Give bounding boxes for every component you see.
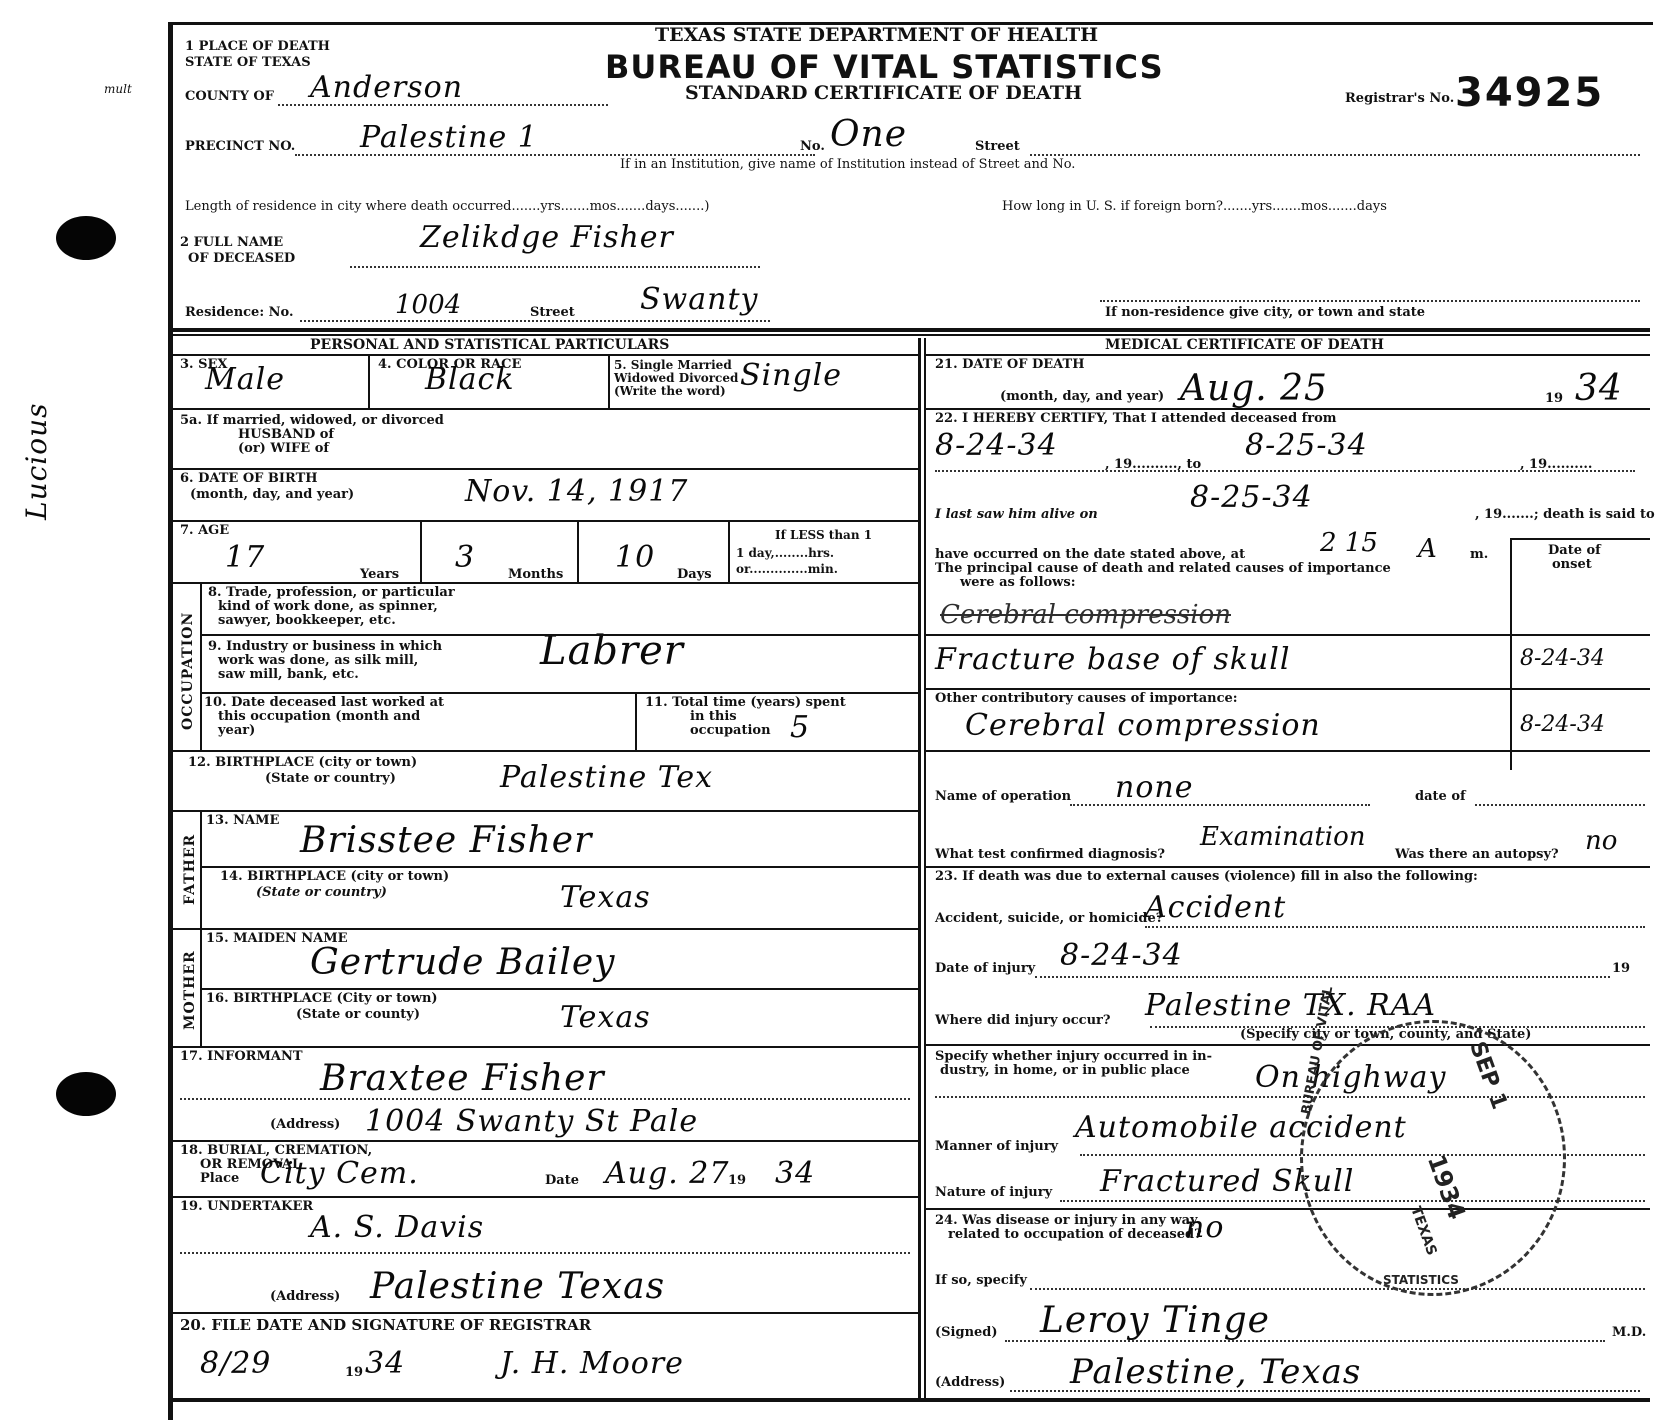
registrar-signature: J. H. Moore <box>500 1346 684 1381</box>
occurred-time: 2 15 <box>1320 528 1378 558</box>
external-label: 23. If death was due to external causes … <box>935 870 1478 884</box>
full-name-label-1: 2 FULL NAME <box>180 236 283 250</box>
birthplace-value: Palestine Tex <box>500 760 713 795</box>
last-worked-label-3: year) <box>218 724 255 738</box>
specify-label-2: dustry, in home, or in public place <box>940 1064 1190 1078</box>
years-label: Years <box>360 568 399 582</box>
total-time-value: 5 <box>790 710 810 745</box>
file-date-value: 8/29 <box>200 1346 271 1381</box>
stamp-text-5: TEXAS <box>1407 1204 1439 1257</box>
last-saw-value: 8-25-34 <box>1190 480 1313 515</box>
street-label: Street <box>975 140 1020 154</box>
certify-label: 22. I HEREBY CERTIFY, That I attended de… <box>935 412 1337 426</box>
certificate-title: STANDARD CERTIFICATE OF DEATH <box>685 86 1082 100</box>
institution-note: If in an Institution, give name of Insti… <box>620 158 1075 172</box>
burial-place-value: City Cem. <box>260 1156 419 1191</box>
injury-where-label: Where did injury occur? <box>935 1014 1111 1028</box>
injury-19: 19 <box>1612 962 1630 976</box>
attended-to: 8-25-34 <box>1245 428 1368 463</box>
last-saw-label: I last saw him alive on <box>935 508 1098 522</box>
occurred-label: have occurred on the date stated above, … <box>935 548 1245 562</box>
injury-where-value: Palestine TX. RAA <box>1145 988 1436 1023</box>
father-name-label: 13. NAME <box>206 814 279 828</box>
age-label: 7. AGE <box>180 524 229 538</box>
attended-from: 8-24-34 <box>935 428 1058 463</box>
birthplace-label-2: (State or country) <box>265 772 396 786</box>
industry-label-3: saw mill, bank, etc. <box>218 668 359 682</box>
occupation-side-label: OCCUPATION <box>180 612 196 730</box>
total-time-label-1: 11. Total time (years) spent <box>645 696 846 710</box>
burial-label-3: Place <box>200 1172 239 1186</box>
residence-no: 1004 <box>395 290 461 320</box>
mother-birthplace-label-1: 16. BIRTHPLACE (City or town) <box>206 992 438 1006</box>
injury-date-label: Date of injury <box>935 962 1035 976</box>
undertaker-address-label: (Address) <box>270 1290 340 1304</box>
precinct-label: PRECINCT NO. <box>185 140 295 154</box>
county-value: Anderson <box>310 70 463 105</box>
marital-label-3: (Write the word) <box>614 384 726 398</box>
last-worked-label-1: 10. Date deceased last worked at <box>204 696 444 710</box>
stamp-text-4: 1934 <box>1422 1151 1471 1223</box>
personal-section-title: PERSONAL AND STATISTICAL PARTICULARS <box>310 338 669 352</box>
autopsy-value: no <box>1585 826 1617 856</box>
days-label: Days <box>677 568 712 582</box>
address-value: Palestine, Texas <box>1070 1352 1361 1392</box>
age-years: 17 <box>225 540 265 575</box>
nature-label: Nature of injury <box>935 1186 1052 1200</box>
birthplace-label-1: 12. BIRTHPLACE (city or town) <box>188 756 417 770</box>
father-name-value: Brisstee Fisher <box>300 820 592 861</box>
total-time-label-3: occupation <box>690 724 771 738</box>
color-value: Black <box>425 362 515 397</box>
occupational-label-2: related to occupation of deceased? <box>948 1228 1202 1242</box>
onset-header-1: Date of <box>1548 544 1601 558</box>
residence-street-value: Swanty <box>640 282 758 317</box>
marital-value: Single <box>740 358 842 393</box>
other-causes-label: Other contributory causes of importance: <box>935 692 1238 706</box>
precinct-value: Palestine 1 <box>360 120 538 155</box>
cause-intro-1: The principal cause of death and related… <box>935 562 1391 576</box>
place-of-death-label: 1 PLACE OF DEATH <box>185 40 330 54</box>
mother-birthplace-label-2: (State or county) <box>296 1008 420 1022</box>
state-label: STATE OF TEXAS <box>185 56 311 70</box>
total-time-label-2: in this <box>690 710 737 724</box>
marital-label-2: Widowed Divorced <box>614 371 738 385</box>
spouse-label-2: HUSBAND of <box>238 428 334 442</box>
stamp-text-2: STATISTICS <box>1383 1273 1459 1287</box>
burial-date-value: Aug. 27 <box>605 1156 729 1191</box>
md-label: M.D. <box>1612 1326 1646 1340</box>
full-name-value: Zelikdge Fisher <box>420 220 674 255</box>
industry-label-1: 9. Industry or business in which <box>208 640 442 654</box>
residence-length: Length of residence in city where death … <box>185 200 709 214</box>
dob-label-2: (month, day, and year) <box>190 488 354 502</box>
punch-hole-top <box>56 216 116 260</box>
father-birthplace-value: Texas <box>560 880 651 915</box>
occurred-m: m. <box>1470 548 1488 562</box>
autopsy-label: Was there an autopsy? <box>1395 848 1559 862</box>
sex-value: Male <box>205 362 285 397</box>
spouse-label-3: (or) WIFE of <box>238 442 329 456</box>
occupational-label-1: 24. Was disease or injury in any way <box>935 1214 1198 1228</box>
trade-label-3: sawyer, bookkeeper, etc. <box>218 614 396 628</box>
undertaker-address-value: Palestine Texas <box>370 1266 665 1307</box>
less-than-label: If LESS than 1 <box>775 528 872 542</box>
undertaker-label: 19. UNDERTAKER <box>180 1200 313 1214</box>
informant-label: 17. INFORMANT <box>180 1050 303 1064</box>
specify-label-1: Specify whether injury occurred in in- <box>935 1050 1212 1064</box>
less-day-label: 1 day,........hrs. <box>736 546 834 560</box>
operation-date-label: date of <box>1415 790 1466 804</box>
date-of-death-value: Aug. 25 <box>1180 368 1328 409</box>
signed-label: (Signed) <box>935 1326 998 1340</box>
residence-label: Residence: No. <box>185 306 294 320</box>
less-or-label: or..............min. <box>736 562 838 576</box>
manner-label: Manner of injury <box>935 1140 1058 1154</box>
age-days: 10 <box>615 540 655 575</box>
informant-address-label: (Address) <box>270 1118 340 1132</box>
father-side-label: FATHER <box>182 834 198 905</box>
no-label: No. <box>800 140 825 154</box>
principal-cause: Fracture base of skull <box>935 642 1290 677</box>
bureau-receipt-stamp: BUREAU OF VITAL STATISTICS SEP 1 1934 TE… <box>1300 1020 1566 1296</box>
occurred-ampm: A <box>1418 534 1437 564</box>
last-worked-label-2: this occupation (month and <box>218 710 420 724</box>
margin-side-note: Lucious <box>20 402 53 520</box>
test-label: What test confirmed diagnosis? <box>935 848 1165 862</box>
spouse-label-1: 5a. If married, widowed, or divorced <box>180 414 444 428</box>
months-label: Months <box>508 568 563 582</box>
signed-value: Leroy Tinge <box>1040 1300 1270 1341</box>
stamp-text-3: SEP 1 <box>1464 1038 1511 1112</box>
burial-year-value: 34 <box>775 1156 815 1191</box>
mother-birthplace-value: Texas <box>560 1000 651 1035</box>
us-length: How long in U. S. if foreign born?......… <box>1002 200 1387 214</box>
no-value: One <box>830 114 907 155</box>
bureau-title: BUREAU OF VITAL STATISTICS <box>605 48 1164 86</box>
trade-label-1: 8. Trade, profession, or particular <box>208 586 455 600</box>
date-of-death-19: 19 <box>1545 392 1563 406</box>
informant-address-value: 1004 Swanty St Pale <box>365 1104 698 1139</box>
informant-value: Braxtee Fisher <box>320 1058 605 1099</box>
accident-label: Accident, suicide, or homicide? <box>935 912 1163 926</box>
registrar-no-label: Registrar's No. <box>1345 92 1454 106</box>
date-of-death-year: 34 <box>1575 368 1623 409</box>
file-year-value: 34 <box>365 1346 405 1381</box>
accident-value: Accident <box>1145 890 1286 925</box>
test-value: Examination <box>1200 822 1366 852</box>
marital-label-1: 5. Single Married <box>614 358 732 372</box>
undertaker-value: A. S. Davis <box>310 1210 484 1245</box>
dob-value: Nov. 14, 1917 <box>465 474 688 509</box>
registrar-no-value: 34925 <box>1455 70 1604 116</box>
other-cause: Cerebral compression <box>965 708 1321 743</box>
residence-street-label: Street <box>530 306 575 320</box>
operation-label: Name of operation <box>935 790 1071 804</box>
if-so-label: If so, specify <box>935 1274 1027 1288</box>
burial-19: 19 <box>728 1174 746 1188</box>
date-of-death-sub: (month, day, and year) <box>1000 390 1164 404</box>
onset-header-2: onset <box>1552 558 1592 572</box>
non-residence-note: If non-residence give city, or town and … <box>1105 306 1425 320</box>
operation-value: none <box>1115 770 1193 805</box>
injury-date-value: 8-24-34 <box>1060 938 1183 973</box>
margin-top-scribble: mult <box>104 82 132 96</box>
mother-name-value: Gertrude Bailey <box>310 942 616 983</box>
punch-hole-bottom <box>56 1072 116 1116</box>
burial-date-label: Date <box>545 1174 579 1188</box>
father-birthplace-label-2: (State or country) <box>256 886 387 900</box>
occupational-value: no <box>1185 1210 1224 1245</box>
cause-intro-2: were as follows: <box>960 576 1076 590</box>
other-onset: 8-24-34 <box>1520 712 1605 737</box>
date-of-death-label: 21. DATE OF DEATH <box>935 358 1085 372</box>
county-label: COUNTY OF <box>185 90 274 104</box>
struck-cause: Cerebral compression <box>940 600 1231 630</box>
address-label: (Address) <box>935 1376 1005 1390</box>
trade-label-2: kind of work done, as spinner, <box>218 600 438 614</box>
last-saw-tail: , 19.......; death is said to <box>1475 508 1655 522</box>
mother-side-label: MOTHER <box>182 950 198 1030</box>
principal-onset: 8-24-34 <box>1520 646 1605 671</box>
age-months: 3 <box>455 540 475 575</box>
department-title: TEXAS STATE DEPARTMENT OF HEALTH <box>655 28 1098 42</box>
industry-label-2: work was done, as silk mill, <box>218 654 418 668</box>
dob-label-1: 6. DATE OF BIRTH <box>180 472 318 486</box>
full-name-label-2: OF DECEASED <box>188 252 295 266</box>
medical-section-title: MEDICAL CERTIFICATE OF DEATH <box>1105 338 1384 352</box>
father-birthplace-label-1: 14. BIRTHPLACE (city or town) <box>220 870 449 884</box>
registrar-label: 20. FILE DATE AND SIGNATURE OF REGISTRAR <box>180 1318 591 1332</box>
file-19: 19 <box>345 1366 363 1380</box>
